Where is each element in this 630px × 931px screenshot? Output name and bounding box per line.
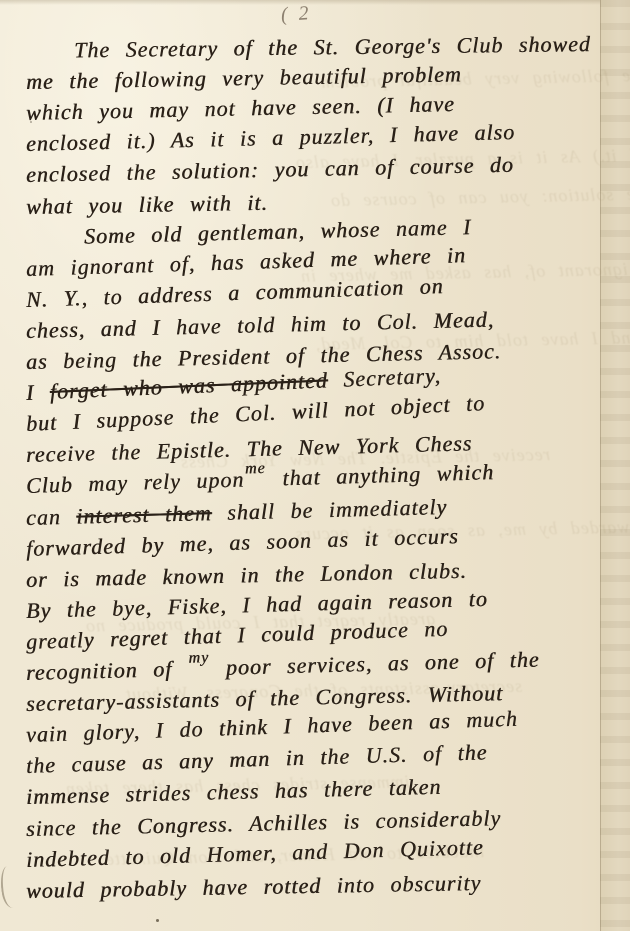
letter-line: what you like with it.: [26, 187, 268, 221]
letter-text: what you like with it.: [26, 189, 268, 218]
ink-speck: [156, 919, 159, 922]
struck-text: interest them: [76, 500, 212, 529]
letter-line: The Secretary of the St. George's Club s…: [26, 29, 591, 66]
letter-text: would probably have rotted into obscurit…: [26, 870, 482, 903]
letter-text: shall be immediately: [211, 493, 447, 524]
letter-body: The Secretary of the St. George's Club s…: [0, 0, 630, 931]
letter-text: that anything which: [266, 460, 494, 492]
inserted-word: my: [188, 651, 209, 666]
letter-text: poor services, as one of the: [210, 647, 540, 681]
letter-text: me the following very beautiful problem: [26, 61, 462, 94]
ink-speck: [30, 121, 32, 123]
letter-text: can: [26, 503, 77, 529]
letter-text: Club may rely upon: [26, 467, 245, 498]
letter-page: ( 2 me the following very beautiful prob…: [0, 0, 630, 931]
letter-text: enclosed the solution: you can of course…: [26, 152, 514, 187]
letter-text: immense strides chess has there taken: [26, 774, 442, 809]
letter-line: would probably have rotted into obscurit…: [26, 868, 482, 906]
letter-text: The Secretary of the St. George's Club s…: [74, 31, 591, 62]
letter-text: recognition of: [26, 656, 188, 685]
letter-text: I: [25, 379, 50, 405]
letter-text: Secretary,: [327, 363, 441, 393]
inserted-word: me: [245, 462, 266, 477]
